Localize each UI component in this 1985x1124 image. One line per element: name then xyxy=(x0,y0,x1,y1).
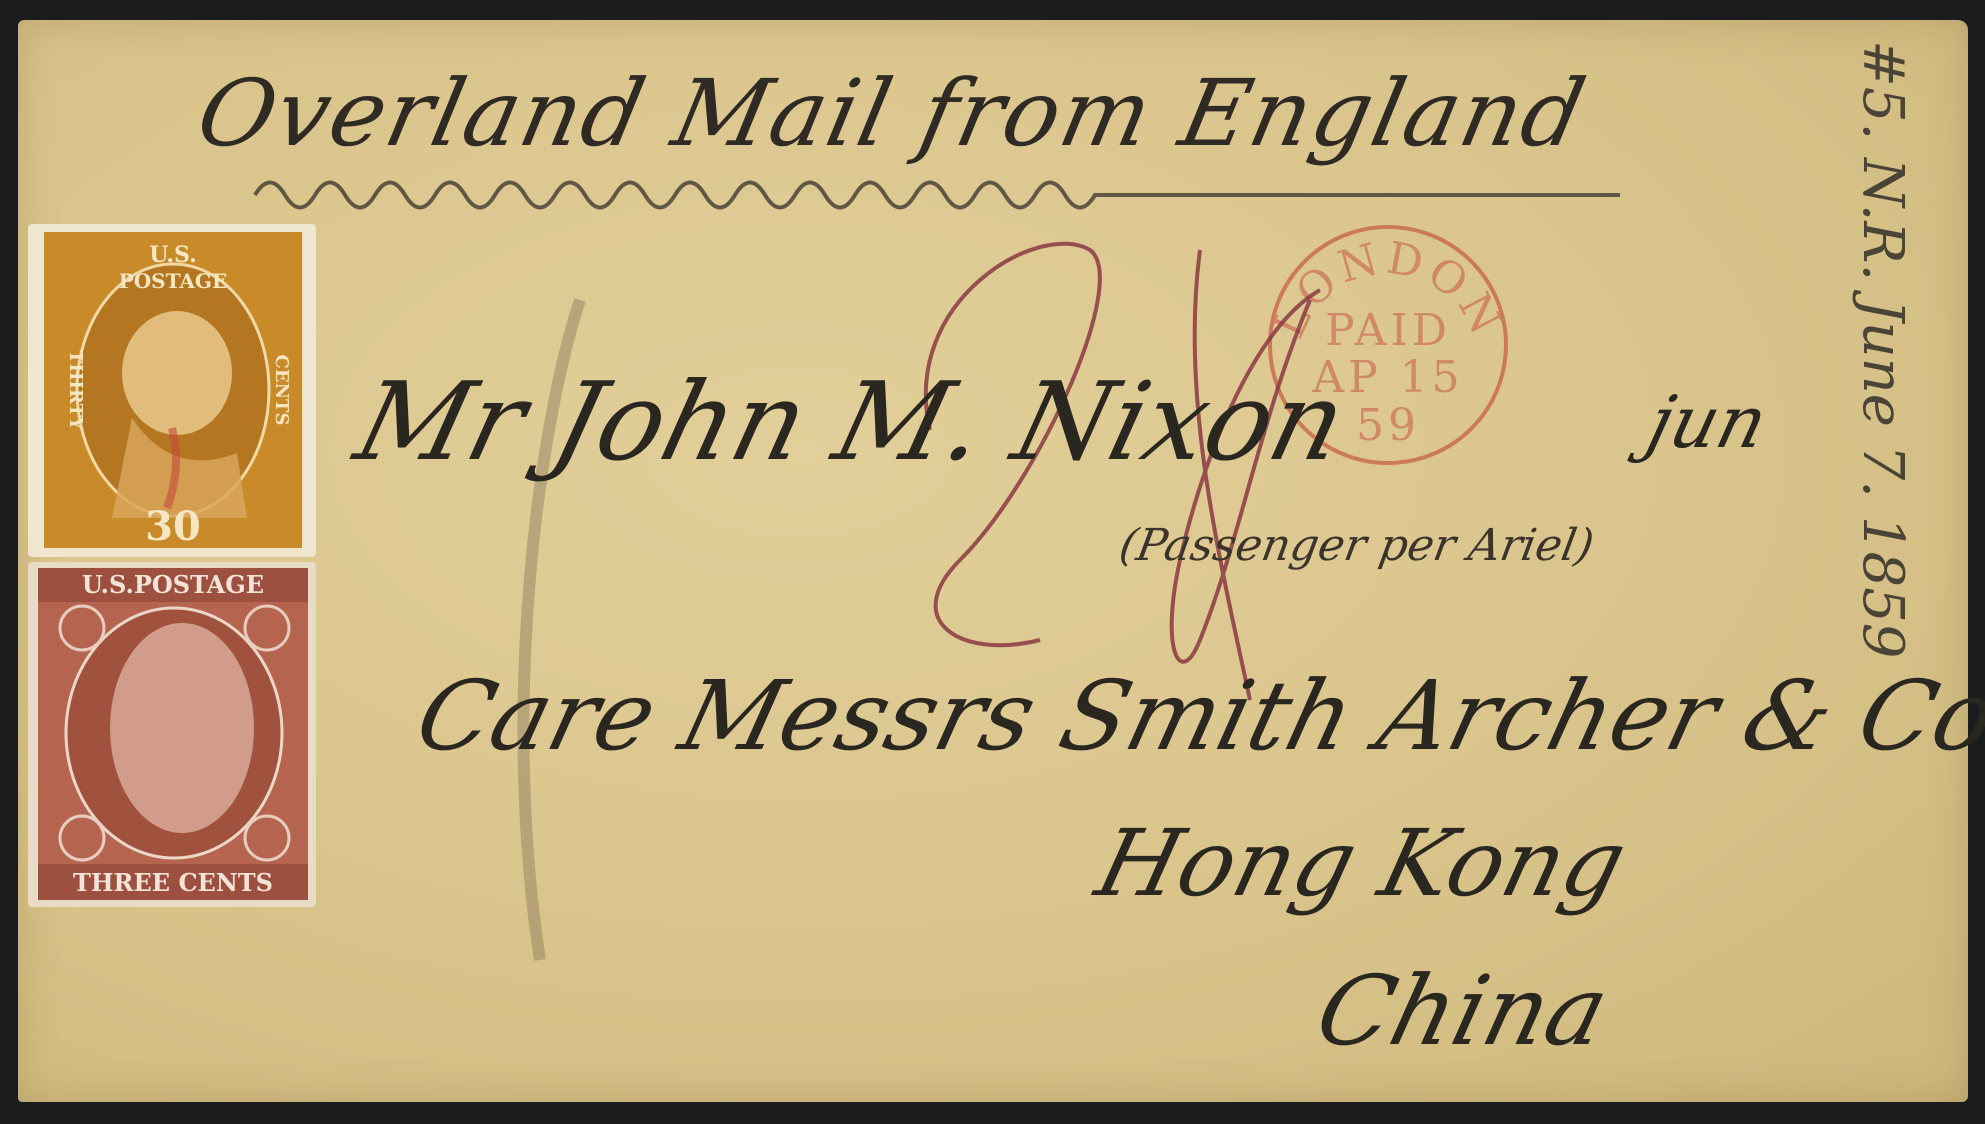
stamp-mid-text: POSTAGE xyxy=(119,269,228,293)
stamp-left-text: THIRTY xyxy=(65,350,86,431)
docket-notation: #5. N.R. June 7. 1859 xyxy=(1850,40,1915,658)
stamp-top-text: U.S. xyxy=(149,242,197,268)
stamp-bottom-text: THREE CENTS xyxy=(73,868,273,897)
stamp-top-text: U.S.POSTAGE xyxy=(82,570,264,599)
destination-city: Hong Kong xyxy=(1087,810,1636,917)
stamp-thirty-cents: U.S. POSTAGE THIRTY CENTS 30 xyxy=(22,218,322,563)
stamp-right-text: CENTS xyxy=(271,355,292,426)
care-of-line: Care Messrs Smith Archer & Co. xyxy=(406,660,1985,772)
stamp-three-cents: U.S.POSTAGE THREE CENTS xyxy=(22,558,322,913)
cover-heading: Overland Mail from England xyxy=(189,60,1596,167)
stamp-value: 30 xyxy=(145,503,201,550)
addressee-name: Mr John M. Nixon xyxy=(344,360,1357,485)
destination-country: China xyxy=(1306,955,1619,1067)
passenger-note: (Passenger per Ariel) xyxy=(1116,520,1598,571)
addressee-suffix: jun xyxy=(1640,380,1776,464)
